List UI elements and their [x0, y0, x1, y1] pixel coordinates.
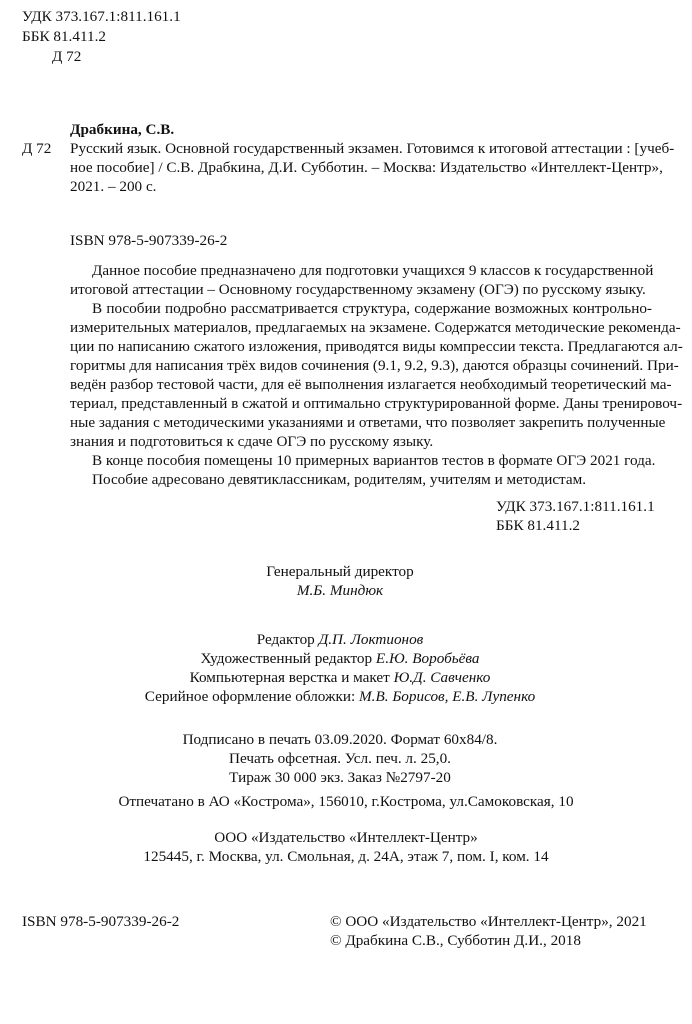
footer-isbn: ISBN 978-5-907339-26-2: [22, 913, 179, 931]
credit-layout: Компьютерная верстка и макет Ю.Д. Савчен…: [105, 669, 575, 687]
credit-cover: Серийное оформление обложки: М.В. Борисо…: [105, 688, 575, 706]
abstract-line: Пособие адресовано девятиклассникам, род…: [70, 471, 652, 489]
print-info-line: Печать офсетная. Усл. печ. л. 25,0.: [105, 750, 575, 768]
abstract-line: горитмы для написания трёх видов сочинен…: [70, 357, 652, 375]
abstract-line: ции по написанию сжатого изложения, прив…: [70, 338, 652, 356]
abstract-line: териал, представленный в сжатой и оптима…: [70, 395, 652, 413]
print-info-line: Тираж 30 000 экз. Заказ №2797-20: [105, 769, 575, 787]
isbn: ISBN 978-5-907339-26-2: [70, 232, 227, 250]
bibliography-author: Драбкина, С.В.: [70, 121, 174, 139]
bbk-code: ББК 81.411.2: [22, 28, 106, 46]
credit-name: Е.Ю. Воробьёва: [376, 650, 480, 667]
director-name: М.Б. Миндюк: [105, 582, 575, 600]
credit-role: Художественный редактор: [201, 650, 376, 667]
credit-role: Редактор: [257, 631, 319, 648]
print-info-line: Подписано в печать 03.09.2020. Формат 60…: [105, 731, 575, 749]
credit-name: М.В. Борисов, Е.В. Лупенко: [359, 688, 535, 705]
printed-at: Отпечатано в АО «Кострома», 156010, г.Ко…: [0, 793, 692, 811]
credit-editor: Редактор Д.П. Локтионов: [105, 631, 575, 649]
publisher-name: ООО «Издательство «Интеллект-Центр»: [0, 829, 692, 847]
bbk-code-right: ББК 81.411.2: [496, 517, 580, 535]
copyright-line: © Драбкина С.В., Субботин Д.И., 2018: [330, 932, 581, 950]
abstract-line: В пособии подробно рассматривается струк…: [70, 300, 652, 318]
abstract-line: Данное пособие предназначено для подгото…: [70, 262, 652, 280]
bibliography-line: Русский язык. Основной государственный э…: [70, 140, 652, 158]
credit-role: Компьютерная верстка и макет: [190, 669, 394, 686]
abstract-line: ные задания с методическими указаниями и…: [70, 414, 652, 432]
abstract-line: ведён разбор тестовой части, для её выпо…: [70, 376, 652, 394]
credit-name: Ю.Д. Савченко: [394, 669, 491, 686]
udk-code: УДК 373.167.1:811.161.1: [22, 8, 181, 26]
bibliography-code: Д 72: [22, 140, 51, 158]
udk-code-right: УДК 373.167.1:811.161.1: [496, 498, 655, 516]
bibliography-line: ное пособие] / С.В. Драбкина, Д.И. Суббо…: [70, 159, 652, 177]
publisher-address: 125445, г. Москва, ул. Смольная, д. 24А,…: [0, 848, 692, 866]
abstract-line: измерительных материалов, предлагаемых н…: [70, 319, 652, 337]
bibliography-line: 2021. – 200 с.: [70, 178, 652, 196]
abstract-line: итоговой аттестации – Основному государс…: [70, 281, 652, 299]
copyright-line: © ООО «Издательство «Интеллект-Центр», 2…: [330, 913, 647, 931]
credit-art-editor: Художественный редактор Е.Ю. Воробьёва: [105, 650, 575, 668]
abstract-line: В конце пособия помещены 10 примерных ва…: [70, 452, 652, 470]
director-title: Генеральный директор: [105, 563, 575, 581]
author-mark: Д 72: [52, 48, 81, 66]
credit-role: Серийное оформление обложки:: [145, 688, 359, 705]
credit-name: Д.П. Локтионов: [319, 631, 424, 648]
abstract-line: знания и подготовиться к сдаче ОГЭ по ру…: [70, 433, 652, 451]
